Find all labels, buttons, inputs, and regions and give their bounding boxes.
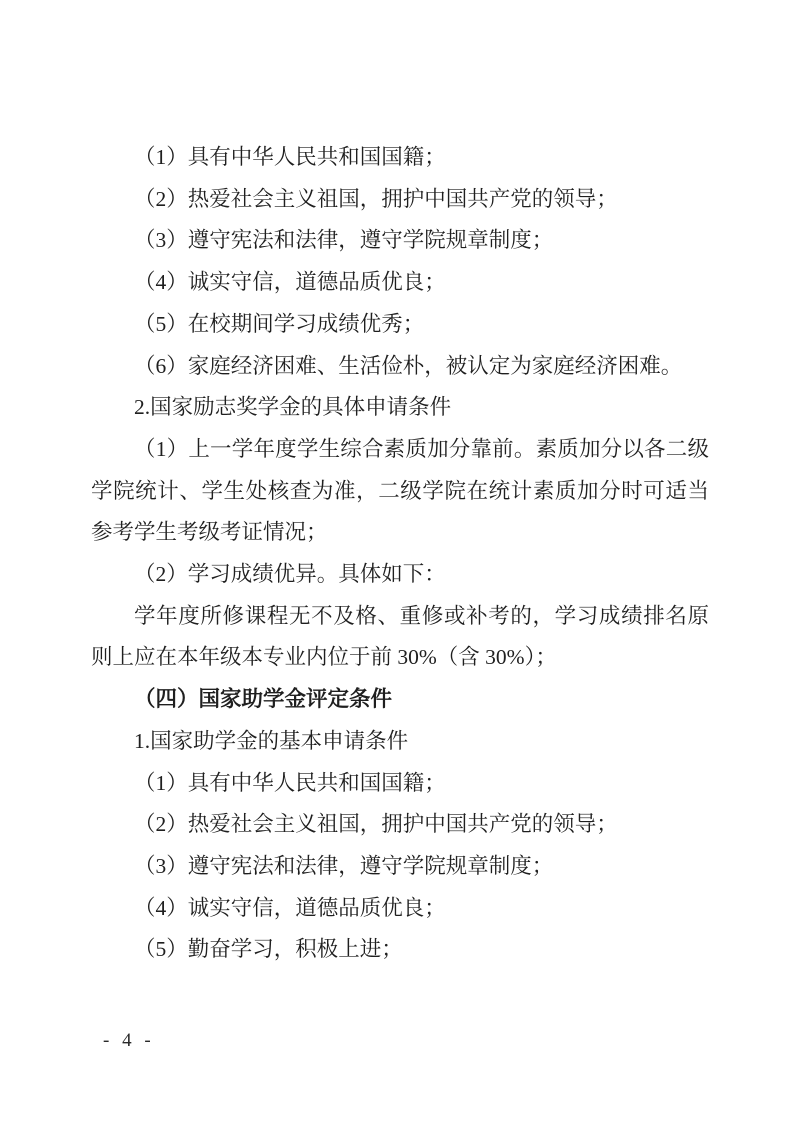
page-number: - 4 -: [103, 1029, 155, 1053]
paragraph: （1）具有中华人民共和国国籍；: [91, 763, 709, 805]
paragraph: （2）热爱社会主义祖国，拥护中国共产党的领导；: [91, 179, 709, 221]
document-page: （1）具有中华人民共和国国籍；（2）热爱社会主义祖国，拥护中国共产党的领导；（3…: [0, 0, 793, 1122]
paragraph: （2）学习成绩优异。具体如下：: [91, 554, 709, 596]
document-body: （1）具有中华人民共和国国籍；（2）热爱社会主义祖国，拥护中国共产党的领导；（3…: [91, 137, 709, 971]
paragraph: （2）热爱社会主义祖国，拥护中国共产党的领导；: [91, 804, 709, 846]
section-heading: （四）国家助学金评定条件: [91, 679, 709, 721]
paragraph: （3）遵守宪法和法律，遵守学院规章制度；: [91, 846, 709, 888]
paragraph: （3）遵守宪法和法律，遵守学院规章制度；: [91, 220, 709, 262]
paragraph: 学年度所修课程无不及格、重修或补考的，学习成绩排名原则上应在本年级本专业内位于前…: [91, 596, 709, 679]
paragraph: 2.国家励志奖学金的具体申请条件: [91, 387, 709, 429]
paragraph: （1）具有中华人民共和国国籍；: [91, 137, 709, 179]
paragraph: （1）上一学年度学生综合素质加分靠前。素质加分以各二级学院统计、学生处核查为准，…: [91, 429, 709, 554]
paragraph: （5）在校期间学习成绩优秀；: [91, 304, 709, 346]
paragraph: （4）诚实守信，道德品质优良；: [91, 888, 709, 930]
paragraph: 1.国家助学金的基本申请条件: [91, 721, 709, 763]
paragraph: （5）勤奋学习，积极上进；: [91, 929, 709, 971]
paragraph: （4）诚实守信，道德品质优良；: [91, 262, 709, 304]
paragraph: （6）家庭经济困难、生活俭朴，被认定为家庭经济困难。: [91, 346, 709, 388]
